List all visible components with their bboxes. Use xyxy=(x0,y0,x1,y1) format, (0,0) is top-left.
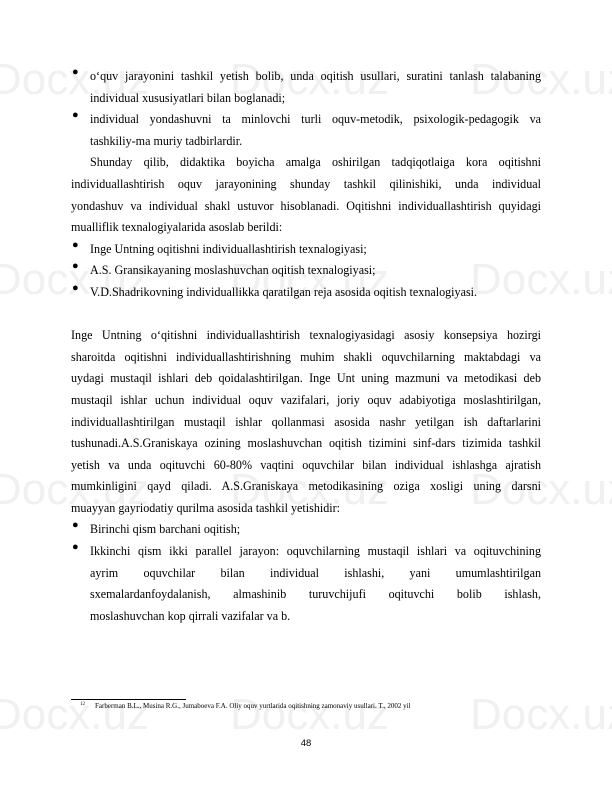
text-line: tushunadi.A.S.Graniskaya ozining moslash… xyxy=(71,433,541,455)
watermark: Docx.uz xyxy=(230,690,389,740)
text-line: Shunday qilib, didaktika boyicha amalga … xyxy=(71,152,541,174)
blank-line xyxy=(71,304,541,326)
bullet-item: ● individual yondashuvni ta minlovchi tu… xyxy=(71,109,541,152)
text-line: A.S. Gransikayaning moslashuvchan oqitis… xyxy=(90,260,541,282)
text-line: o‘quv jarayonini tashkil yetish bolib, u… xyxy=(90,66,541,88)
bullet-item: ● A.S. Gransikayaning moslashuvchan oqit… xyxy=(71,260,541,282)
text-line: individuallashtirilgan mustaqil ishlar q… xyxy=(71,412,541,434)
footnote-number: 12 xyxy=(80,702,85,707)
bullet-icon: ● xyxy=(72,282,79,294)
bullet-icon: ● xyxy=(72,519,79,531)
text-line: mumkinligini qayd qiladi. A.S.Graniskaya… xyxy=(71,476,541,498)
footnote-text: Farberman B.L., Musina R.G., Jumaboeva F… xyxy=(95,702,411,710)
bullet-icon: ● xyxy=(72,239,79,251)
text-line: mustaqil ishlar uchun individual oquv va… xyxy=(71,390,541,412)
paragraph: Shunday qilib, didaktika boyicha amalga … xyxy=(71,152,541,238)
text-line: sharoitda oqitishni individuallashtirish… xyxy=(71,347,541,369)
bullet-icon: ● xyxy=(72,109,79,121)
text-line: Birinchi qism barchani oqitish; xyxy=(90,519,541,541)
text-line: uydagi mustaqil ishlari deb qoidalashtir… xyxy=(71,368,541,390)
text-line: ayrim oquvchilar bilan individual ishlas… xyxy=(90,563,541,585)
text-line: moslashuvchan kop qirrali vazifalar va b… xyxy=(90,606,541,628)
text-line: sxemalardanfoydalanish, almashinib turuv… xyxy=(90,584,541,606)
text-line: mualliflik texnalogiyalarida asoslab ber… xyxy=(71,217,541,239)
text-line: muayyan gayriodatiy qurilma asosida tash… xyxy=(71,498,541,520)
paragraph: Inge Untning o‘qitishni individuallashti… xyxy=(71,325,541,519)
text-line: tashkiliy-ma muriy tadbirlardir. xyxy=(90,131,541,153)
text-line: Inge Untning o‘qitishni individuallashti… xyxy=(71,325,541,347)
body-text: ● o‘quv jarayonini tashkil yetish bolib,… xyxy=(71,66,541,627)
footnote: 12Farberman B.L., Musina R.G., Jumaboeva… xyxy=(80,702,411,710)
document-page: Docx.uz Docx.uz Docx.uz Docx.uz Docx.uz … xyxy=(0,0,612,792)
bullet-item: ● o‘quv jarayonini tashkil yetish bolib,… xyxy=(71,66,541,109)
text-line: V.D.Shadrikovning individuallikka qarati… xyxy=(90,282,541,304)
footnote-separator xyxy=(71,699,186,700)
bullet-icon: ● xyxy=(72,541,79,553)
text-line: individuallashtirish oquv jarayonining s… xyxy=(71,174,541,196)
bullet-item: ● V.D.Shadrikovning individuallikka qara… xyxy=(71,282,541,304)
bullet-item: ● Birinchi qism barchani oqitish; xyxy=(71,519,541,541)
bullet-item: ● Inge Untning oqitishni individuallasht… xyxy=(71,239,541,261)
text-line: Inge Untning oqitishni individuallashtir… xyxy=(90,239,541,261)
page-number: 48 xyxy=(0,738,612,749)
bullet-item: ● Ikkinchi qism ikki parallel jarayon: o… xyxy=(71,541,541,627)
watermark: Docx.uz xyxy=(470,690,612,740)
text-line: individual xususiyatlari bilan boglanadi… xyxy=(90,88,541,110)
text-line: yetish va unda oqituvchi 60-80% vaqtini … xyxy=(71,455,541,477)
bullet-icon: ● xyxy=(72,260,79,272)
text-line: individual yondashuvni ta minlovchi turl… xyxy=(90,109,541,131)
watermark: Docx.uz xyxy=(0,690,149,740)
bullet-icon: ● xyxy=(72,66,79,78)
text-line: Ikkinchi qism ikki parallel jarayon: oqu… xyxy=(90,541,541,563)
text-line: yondashuv va individual shakl ustuvor hi… xyxy=(71,196,541,218)
